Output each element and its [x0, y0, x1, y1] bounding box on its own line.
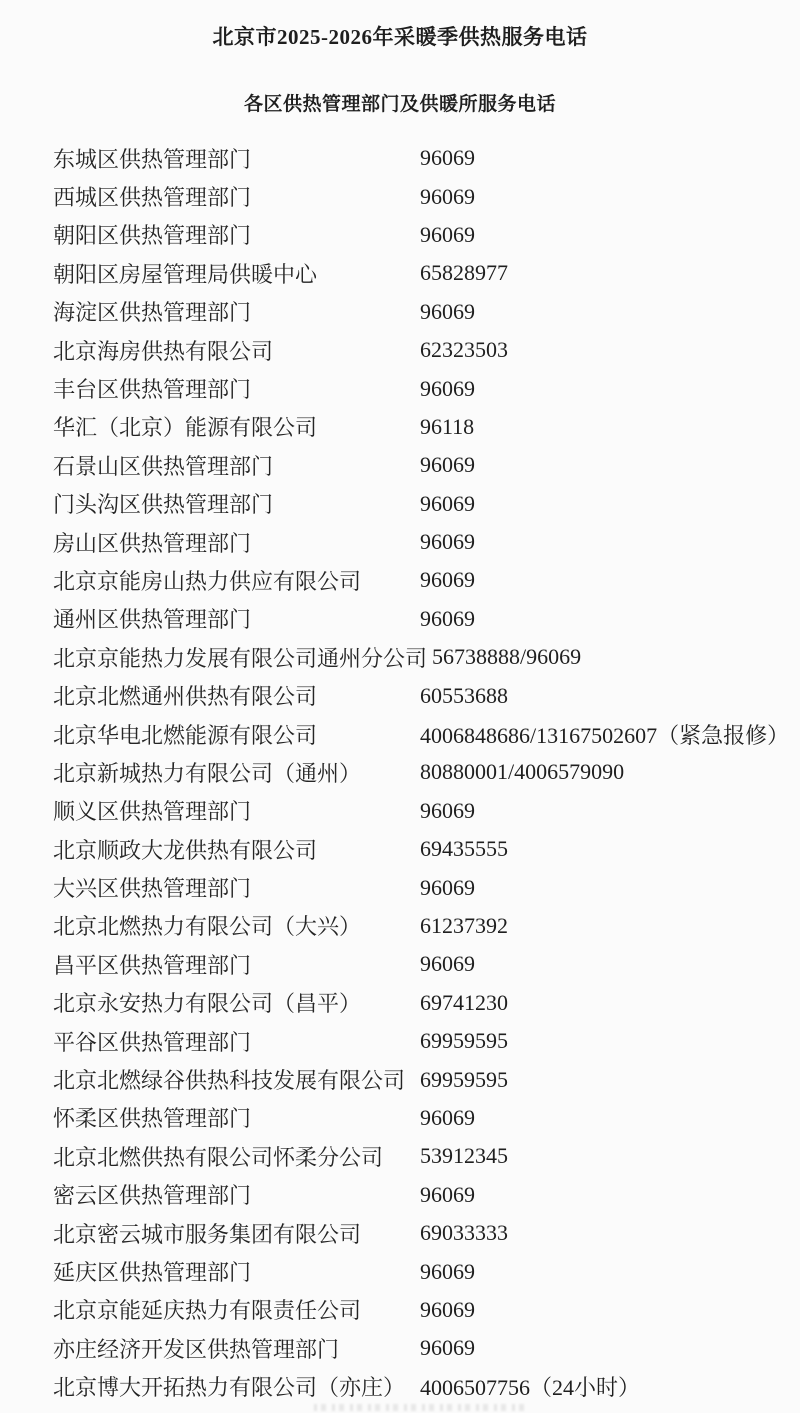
org-name: 朝阳区房屋管理局供暖中心: [53, 258, 420, 289]
directory-row: 房山区供热管理部门96069: [0, 523, 800, 561]
org-name: 北京京能房山热力供应有限公司: [53, 565, 420, 596]
phone-number: 4006507756（24小时）: [420, 1371, 640, 1402]
phone-number: 96069: [420, 1182, 475, 1208]
phone-number: 53912345: [420, 1143, 508, 1169]
phone-number: 96069: [420, 376, 475, 402]
org-name: 北京永安热力有限公司（昌平）: [53, 987, 420, 1018]
phone-number: 96069: [420, 184, 475, 210]
phone-number: 69959595: [420, 1067, 508, 1093]
bottom-cutoff-text: [314, 1404, 530, 1411]
org-name: 朝阳区供热管理部门: [53, 219, 420, 250]
org-name: 华汇（北京）能源有限公司: [53, 411, 420, 442]
org-name: 门头沟区供热管理部门: [53, 488, 420, 519]
directory-row: 北京京能热力发展有限公司通州分公司56738888/96069: [0, 638, 800, 676]
directory-row: 亦庄经济开发区供热管理部门96069: [0, 1329, 800, 1367]
directory-row: 北京北燃绿谷供热科技发展有限公司69959595: [0, 1060, 800, 1098]
org-name: 北京顺政大龙供热有限公司: [53, 834, 420, 865]
directory-row: 北京顺政大龙供热有限公司69435555: [0, 830, 800, 868]
phone-number: 56738888/96069: [432, 644, 581, 670]
org-name: 平谷区供热管理部门: [53, 1026, 420, 1057]
directory-row: 通州区供热管理部门96069: [0, 600, 800, 638]
org-name: 海淀区供热管理部门: [53, 296, 420, 327]
phone-number: 69435555: [420, 836, 508, 862]
phone-number: 96069: [420, 452, 475, 478]
phone-number: 80880001/4006579090: [420, 759, 624, 785]
phone-number: 61237392: [420, 913, 508, 939]
org-name: 东城区供热管理部门: [53, 143, 420, 174]
org-name: 房山区供热管理部门: [53, 527, 420, 558]
phone-number: 60553688: [420, 683, 508, 709]
directory-row: 顺义区供热管理部门96069: [0, 792, 800, 830]
phone-number: 96069: [420, 1335, 475, 1361]
directory-list: 东城区供热管理部门96069西城区供热管理部门96069朝阳区供热管理部门960…: [0, 139, 800, 1406]
directory-row: 北京京能延庆热力有限责任公司96069: [0, 1291, 800, 1329]
directory-row: 朝阳区房屋管理局供暖中心65828977: [0, 254, 800, 292]
directory-row: 北京华电北燃能源有限公司4006848686/13167502607（紧急报修）: [0, 715, 800, 753]
phone-number: 96118: [420, 414, 474, 440]
org-name: 北京华电北燃能源有限公司: [53, 719, 420, 750]
phone-number: 96069: [420, 491, 475, 517]
org-name: 北京北燃通州供热有限公司: [53, 680, 420, 711]
directory-row: 北京永安热力有限公司（昌平）69741230: [0, 984, 800, 1022]
org-name: 北京博大开拓热力有限公司（亦庄）: [53, 1371, 420, 1402]
phone-number: 4006848686/13167502607（紧急报修）: [420, 719, 789, 750]
directory-row: 门头沟区供热管理部门96069: [0, 485, 800, 523]
phone-number: 69741230: [420, 990, 508, 1016]
directory-row: 大兴区供热管理部门96069: [0, 868, 800, 906]
phone-number: 96069: [420, 1297, 475, 1323]
directory-row: 密云区供热管理部门96069: [0, 1176, 800, 1214]
org-name: 北京新城热力有限公司（通州）: [53, 757, 420, 788]
phone-number: 96069: [420, 567, 475, 593]
directory-row: 昌平区供热管理部门96069: [0, 945, 800, 983]
org-name: 北京北燃供热有限公司怀柔分公司: [53, 1141, 420, 1172]
org-name: 怀柔区供热管理部门: [53, 1102, 420, 1133]
directory-row: 北京博大开拓热力有限公司（亦庄）4006507756（24小时）: [0, 1367, 800, 1405]
org-name: 北京北燃热力有限公司（大兴）: [53, 910, 420, 941]
org-name: 顺义区供热管理部门: [53, 795, 420, 826]
phone-number: 96069: [420, 875, 475, 901]
directory-row: 平谷区供热管理部门69959595: [0, 1022, 800, 1060]
phone-number: 96069: [420, 951, 475, 977]
directory-row: 怀柔区供热管理部门96069: [0, 1099, 800, 1137]
directory-row: 北京海房供热有限公司62323503: [0, 331, 800, 369]
directory-row: 北京北燃通州供热有限公司60553688: [0, 676, 800, 714]
phone-number: 96069: [420, 798, 475, 824]
org-name: 北京京能延庆热力有限责任公司: [53, 1294, 420, 1325]
directory-row: 北京京能房山热力供应有限公司96069: [0, 561, 800, 599]
org-name: 丰台区供热管理部门: [53, 373, 420, 404]
directory-row: 东城区供热管理部门96069: [0, 139, 800, 177]
directory-row: 北京新城热力有限公司（通州）80880001/4006579090: [0, 753, 800, 791]
phone-number: 96069: [420, 1105, 475, 1131]
org-name: 大兴区供热管理部门: [53, 872, 420, 903]
section-heading: 各区供热管理部门及供暖所服务电话: [0, 95, 800, 116]
document-page: 北京市2025-2026年采暖季供热服务电话 各区供热管理部门及供暖所服务电话 …: [0, 0, 800, 1413]
directory-row: 北京北燃供热有限公司怀柔分公司53912345: [0, 1137, 800, 1175]
phone-number: 62323503: [420, 337, 508, 363]
org-name: 昌平区供热管理部门: [53, 949, 420, 980]
org-name: 西城区供热管理部门: [53, 181, 420, 212]
phone-number: 65828977: [420, 260, 508, 286]
phone-number: 96069: [420, 1259, 475, 1285]
directory-row: 华汇（北京）能源有限公司96118: [0, 408, 800, 446]
page-title: 北京市2025-2026年采暖季供热服务电话: [0, 0, 800, 49]
phone-number: 96069: [420, 299, 475, 325]
phone-number: 96069: [420, 606, 475, 632]
directory-row: 海淀区供热管理部门96069: [0, 293, 800, 331]
directory-row: 朝阳区供热管理部门96069: [0, 216, 800, 254]
phone-number: 69959595: [420, 1028, 508, 1054]
org-name: 亦庄经济开发区供热管理部门: [53, 1333, 420, 1364]
directory-row: 北京密云城市服务集团有限公司69033333: [0, 1214, 800, 1252]
directory-row: 西城区供热管理部门96069: [0, 177, 800, 215]
directory-row: 石景山区供热管理部门96069: [0, 446, 800, 484]
org-name: 北京京能热力发展有限公司通州分公司: [53, 642, 432, 673]
directory-row: 延庆区供热管理部门96069: [0, 1252, 800, 1290]
org-name: 石景山区供热管理部门: [53, 450, 420, 481]
org-name: 通州区供热管理部门: [53, 603, 420, 634]
directory-row: 丰台区供热管理部门96069: [0, 369, 800, 407]
org-name: 北京海房供热有限公司: [53, 335, 420, 366]
phone-number: 96069: [420, 145, 475, 171]
org-name: 密云区供热管理部门: [53, 1179, 420, 1210]
org-name: 北京密云城市服务集团有限公司: [53, 1218, 420, 1249]
org-name: 北京北燃绿谷供热科技发展有限公司: [53, 1064, 420, 1095]
directory-row: 北京北燃热力有限公司（大兴）61237392: [0, 907, 800, 945]
phone-number: 69033333: [420, 1220, 508, 1246]
phone-number: 96069: [420, 222, 475, 248]
phone-number: 96069: [420, 529, 475, 555]
org-name: 延庆区供热管理部门: [53, 1256, 420, 1287]
